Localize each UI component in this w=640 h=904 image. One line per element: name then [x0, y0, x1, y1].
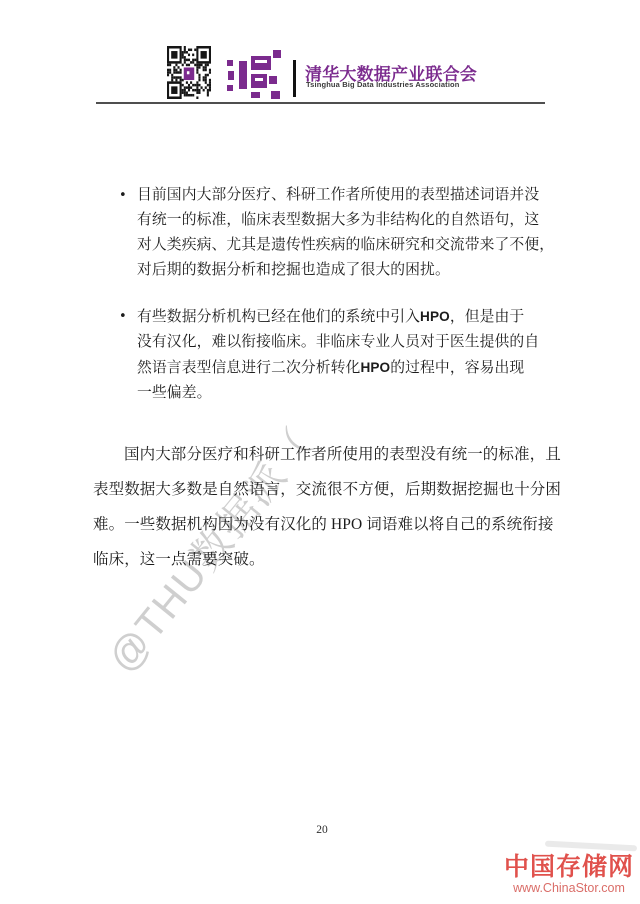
chinastor-watermark: 中国存储网 www.ChinaStor.com [503, 853, 635, 895]
text-line: 有统一的标准，临床表型数据大多为非结构化的自然语句，这 [137, 208, 554, 233]
qr-code-icon [167, 46, 211, 99]
text-line: 表型数据大多数是自然语言，交流很不方便，后期数据挖掘也十分困 [93, 472, 553, 507]
text-line: 目前国内大部分医疗、科研工作者所使用的表型描述词语并没 [137, 183, 554, 208]
org-name-en: Tsinghua Big Data Industries Association [306, 80, 536, 89]
bullet-marker-icon: • [119, 183, 137, 283]
bullet-list: • 目前国内大部分医疗、科研工作者所使用的表型描述词语并没有统一的标准，临床表型… [119, 183, 549, 406]
document-page: 清华大数据产业联合会 Tsinghua Big Data Industries … [0, 0, 640, 904]
text-line: 临床，这一点需要突破。 [93, 542, 553, 577]
page-number: 20 [306, 824, 338, 836]
text-line: 对后期的数据分析和挖掘也造成了很大的困扰。 [137, 258, 554, 283]
bullet-text: 有些数据分析机构已经在他们的系统中引入HPO，但是由于没有汉化，难以衔接临床。非… [137, 304, 539, 406]
header-divider [293, 60, 296, 97]
text-line: 没有汉化，难以衔接临床。非临床专业人员对于医生提供的自 [137, 330, 539, 355]
watermark-smudge [545, 841, 637, 852]
text-line: 有些数据分析机构已经在他们的系统中引入HPO，但是由于 [137, 304, 539, 330]
text-line: 对人类疾病、尤其是遗传性疾病的临床研究和交流带来了不便， [137, 233, 554, 258]
chinastor-site-url: www.ChinaStor.com [503, 881, 635, 895]
text-line: 然语言表型信息进行二次分析转化HPO的过程中，容易出现 [137, 355, 539, 381]
header-rule [96, 102, 545, 104]
chinastor-site-name: 中国存储网 [503, 853, 635, 881]
bullet-item: • 有些数据分析机构已经在他们的系统中引入HPO，但是由于没有汉化，难以衔接临床… [119, 304, 549, 406]
datapai-logo-icon [227, 50, 283, 100]
bullet-marker-icon: • [119, 304, 137, 406]
text-line: 国内大部分医疗和科研工作者所使用的表型没有统一的标准，且 [93, 437, 553, 472]
body-paragraph: 国内大部分医疗和科研工作者所使用的表型没有统一的标准，且表型数据大多数是自然语言… [93, 437, 553, 577]
bullet-text: 目前国内大部分医疗、科研工作者所使用的表型描述词语并没有统一的标准，临床表型数据… [137, 183, 554, 283]
text-line: 一些偏差。 [137, 381, 539, 406]
text-line: 难。一些数据机构因为没有汉化的 HPO 词语难以将自己的系统衔接 [93, 507, 553, 542]
bullet-item: • 目前国内大部分医疗、科研工作者所使用的表型描述词语并没有统一的标准，临床表型… [119, 183, 549, 283]
